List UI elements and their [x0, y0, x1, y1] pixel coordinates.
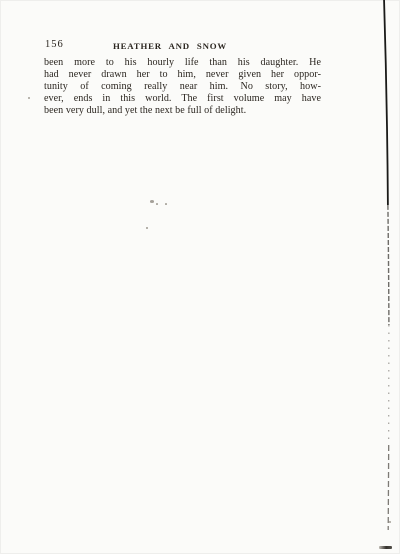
- text-line: had never drawn her to him, never given …: [44, 69, 321, 81]
- scanned-book-page: 156 HEATHER AND SNOW been more to his ho…: [0, 0, 400, 554]
- body-paragraph: been more to his hourly life than his da…: [44, 57, 321, 117]
- ink-speck: [165, 203, 167, 205]
- page-number: 156: [45, 39, 64, 50]
- ink-speck: [389, 521, 391, 523]
- scan-smudge-artifact: [379, 546, 392, 549]
- ink-speck: [156, 203, 158, 205]
- ink-speck: [28, 97, 30, 99]
- scan-page-edge-artifact: [370, 0, 400, 554]
- text-line: been more to his hourly life than his da…: [44, 57, 321, 69]
- ink-speck: [146, 227, 148, 229]
- running-header-title: HEATHER AND SNOW: [113, 41, 227, 51]
- text-line: been very dull, and yet the next be full…: [44, 105, 321, 117]
- ink-speck: [150, 200, 154, 203]
- text-line: ever, ends in this world. The first volu…: [44, 93, 321, 105]
- text-line: tunity of coming really near him. No sto…: [44, 81, 321, 93]
